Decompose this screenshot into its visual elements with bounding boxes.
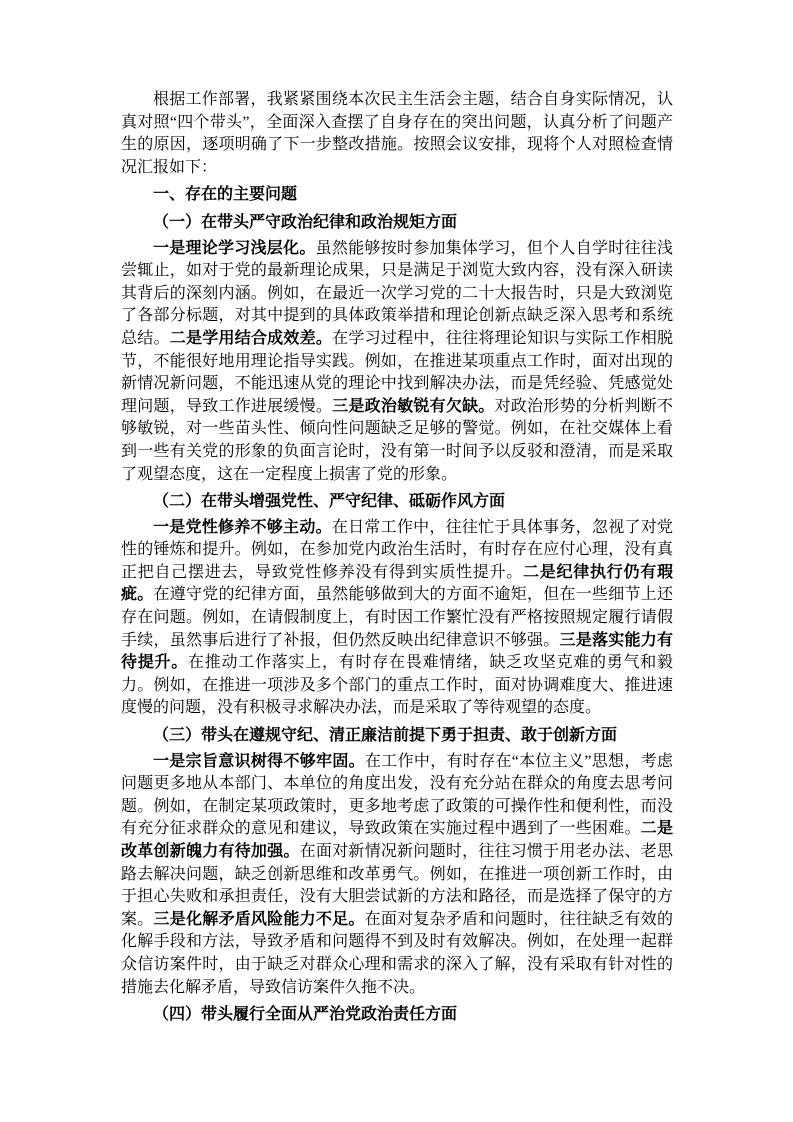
- section-2-paragraph: 一是党性修养不够主动。在日常工作中，往往忙于具体事务，忽视了对党性的锤炼和提升。…: [121, 517, 673, 720]
- intro-paragraph: 根据工作部署，我紧紧围绕本次民主生活会主题，结合自身实际情况，认真对照“四个带头…: [121, 89, 673, 179]
- document-page: 根据工作部署，我紧紧围绕本次民主生活会主题，结合自身实际情况，认真对照“四个带头…: [0, 0, 793, 1122]
- section-4-heading: （四）带头履行全面从严治党政治责任方面: [121, 1004, 673, 1027]
- bold-run: 一是党性修养不够主动。: [153, 519, 332, 536]
- bold-run: 二是学用结合成效差。: [170, 330, 332, 347]
- bold-run: 一是宗旨意识树得不够牢固。: [153, 753, 365, 770]
- section-3-paragraph: 一是宗旨意识树得不够牢固。在工作中，有时存在“本位主义”思想，考虑问题更多地从本…: [121, 751, 673, 1000]
- section-3-heading: （三）带头在遵规守纪、清正廉洁前提下勇于担责、敢于创新方面: [121, 725, 673, 748]
- section-2-heading: （二）在带头增强党性、严守纪律、砥砺作风方面: [121, 491, 673, 514]
- bold-run: 三是政治敏锐有欠缺。: [332, 398, 494, 415]
- bold-run: 一是理论学习浅层化。: [153, 240, 316, 257]
- text-run: 在推动工作落实上，有时存在畏难情绪，缺乏攻坚克难的勇气和毅力。例如，在推进一项涉…: [121, 654, 673, 716]
- main-heading: 一、存在的主要问题: [121, 184, 673, 207]
- section-1-heading: （一）在带头严守政治纪律和政治规矩方面: [121, 212, 673, 235]
- bold-run: 三是化解矛盾风险能力不足。: [153, 911, 364, 928]
- section-1-paragraph: 一是理论学习浅层化。虽然能够按时参加集体学习，但个人自学时往往浅尝辄止，如对于党…: [121, 238, 673, 487]
